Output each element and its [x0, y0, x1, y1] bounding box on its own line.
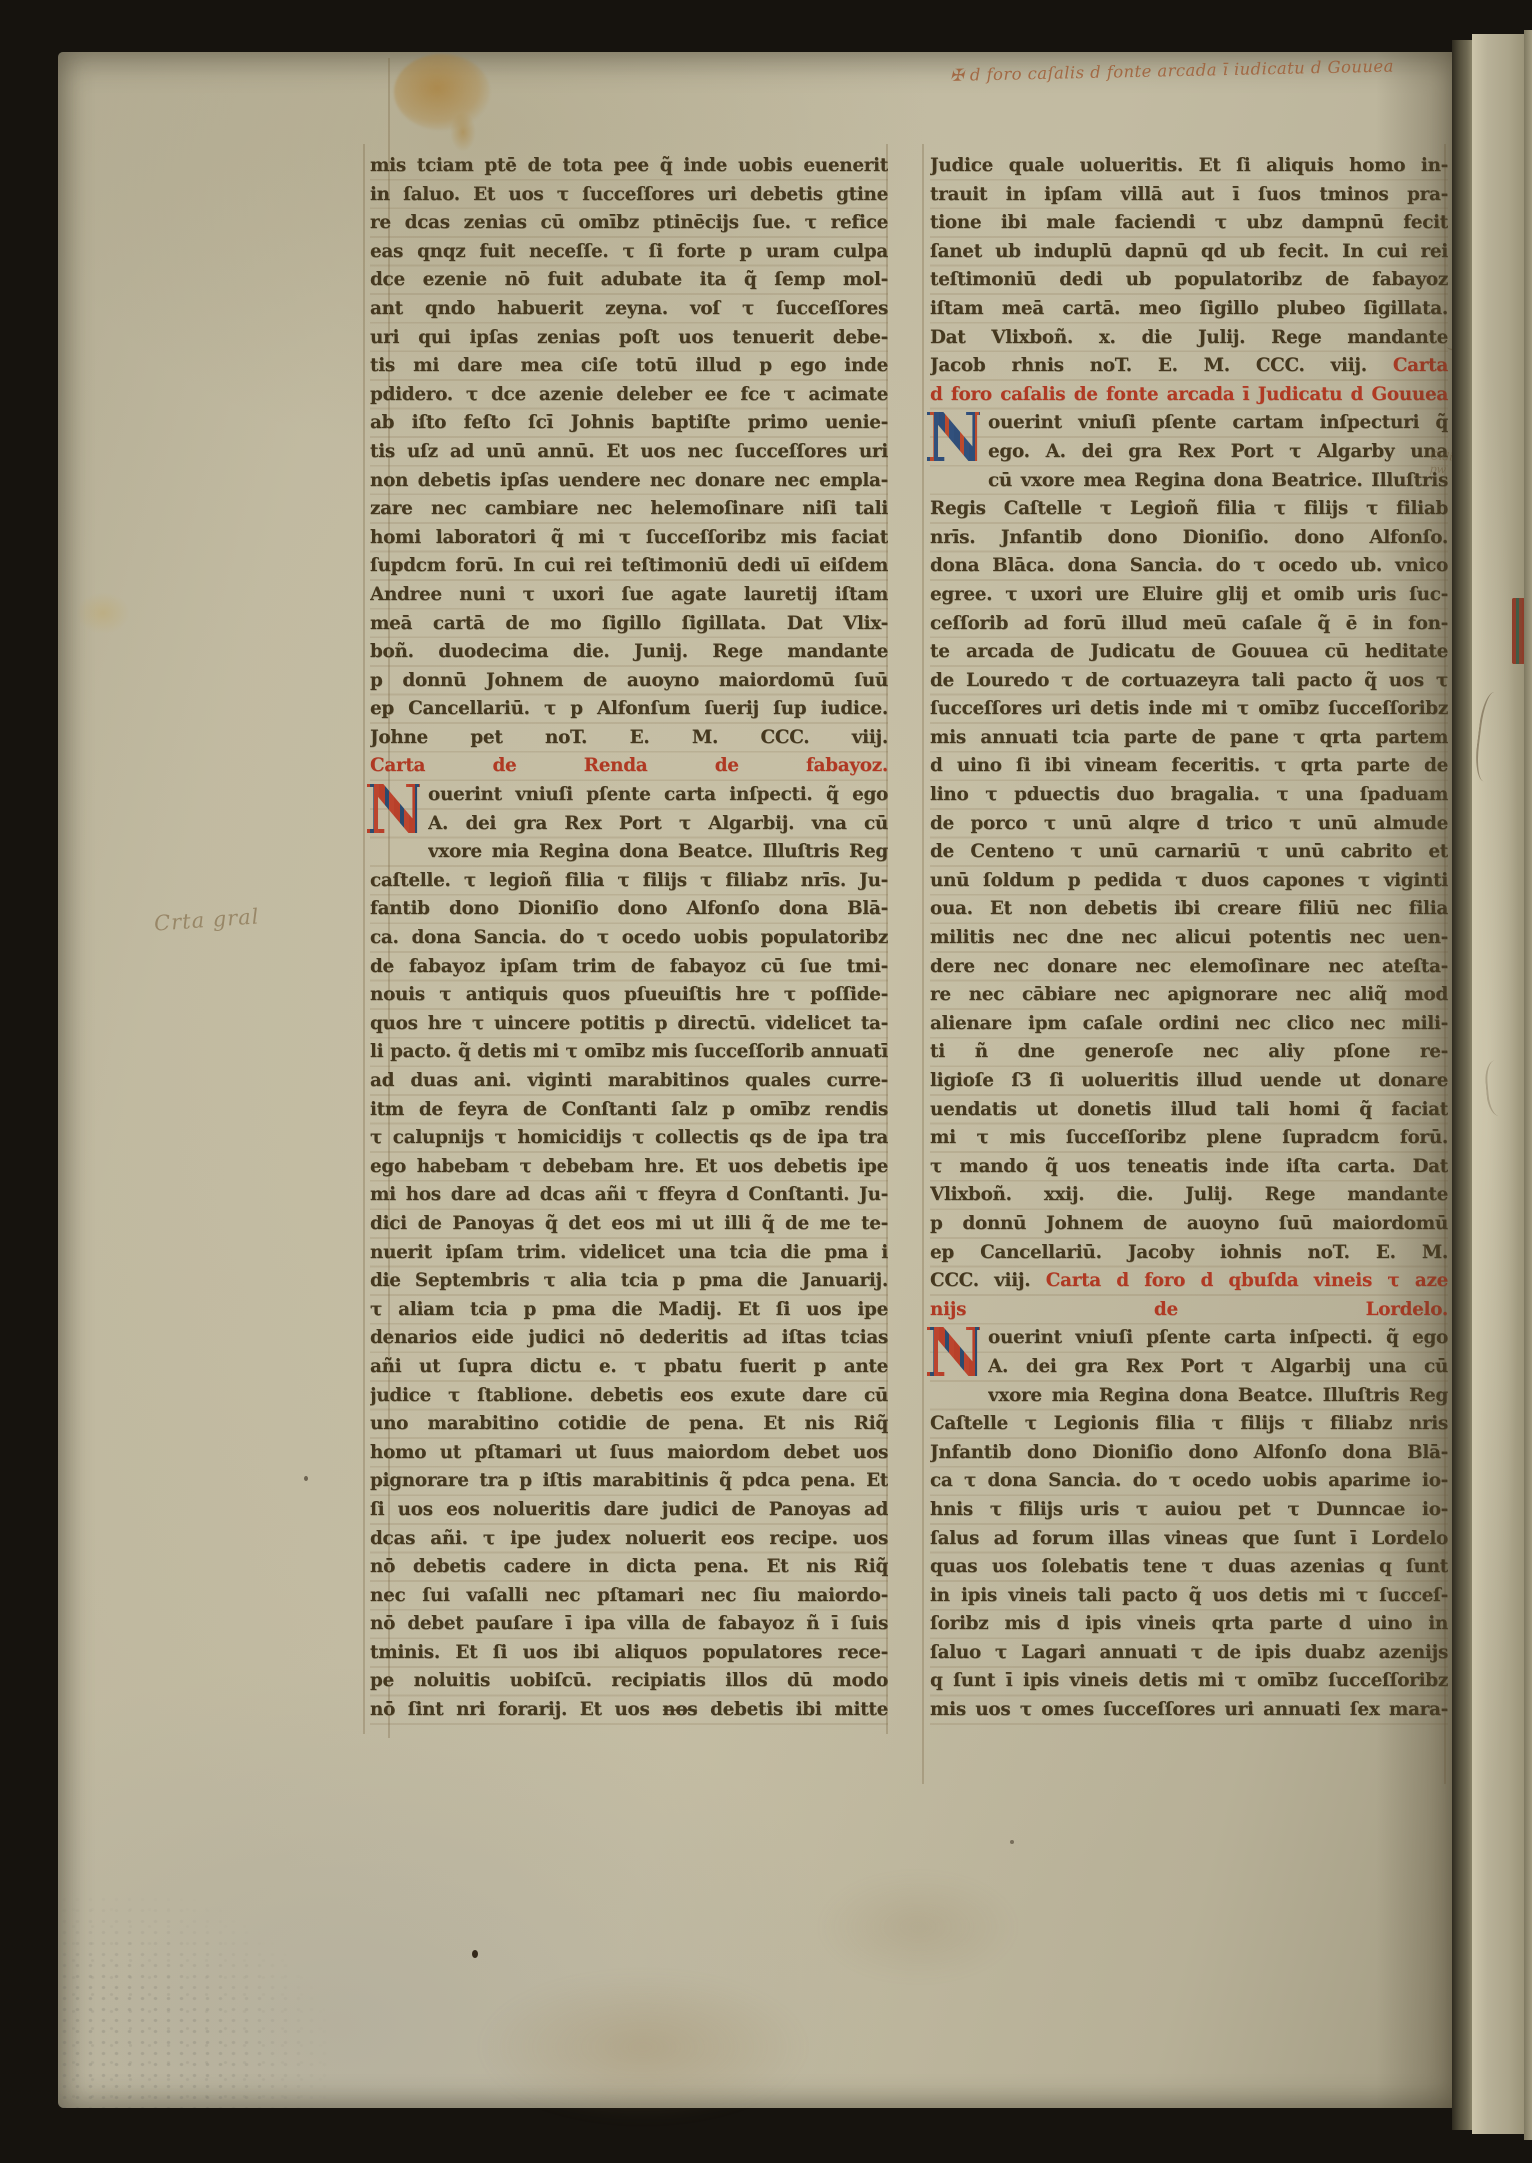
manuscript-line: A. dei gra Rex Port τ Algarbij. vna cū [428, 810, 888, 839]
body-text: li pacto. q̃ detis mi τ omībz mis ſucceſ… [370, 1041, 888, 1062]
amber-stain [394, 54, 490, 130]
body-text: mis tciam ptē de tota pee q̃ inde uobis … [370, 155, 888, 176]
body-text: dere nec donare nec elemoſinare nec ateſ… [930, 956, 1448, 977]
manuscript-line: oua. Et non debetis ibi creare filiū nec… [930, 895, 1448, 924]
manuscript-line: re dcas zenias cū omībz ptinēcijs ſue. τ… [370, 209, 888, 238]
body-text: ſoribz mis d ipis vineis qrta parte d ui… [930, 1613, 1448, 1634]
body-text: oua. Et non debetis ibi creare filiū nec… [930, 898, 1448, 919]
rubric-text: nijs de Lordelo. [930, 1299, 1448, 1320]
body-text: quas uos ſolebatis tene τ duas azenias q… [930, 1556, 1448, 1577]
body-text: dici de Panoyas q̃ det eos mi ut illi q̃… [370, 1213, 888, 1234]
manuscript-line: trauit in ipſam villā aut ī ſuos tminos … [930, 181, 1448, 210]
body-text: denarios eide judici nō dederitis ad iſt… [370, 1327, 888, 1348]
manuscript-line: quas uos ſolebatis tene τ duas azenias q… [930, 1553, 1448, 1582]
manuscript-line: lino τ pduectis duo bragalia. τ una ſpad… [930, 781, 1448, 810]
yellow-stain [76, 592, 130, 634]
manuscript-line: hnis τ filijs uris τ auiou pet τ Dunncae… [930, 1496, 1448, 1525]
body-text: quos hre τ uincere potitis p directū. vi… [370, 1013, 888, 1034]
manuscript-line: denarios eide judici nō dederitis ad iſt… [370, 1324, 888, 1353]
manuscript-line: itm de feyra de Conſtanti ſalz p omībz r… [370, 1096, 888, 1125]
body-text: CCC. viij. [930, 1270, 1046, 1291]
manuscript-line: nrīs. Jnfantib dono Dioniſio. dono Alfon… [930, 524, 1448, 553]
body-text: pdidero. τ dce azenie deleber ee fce τ a… [370, 384, 888, 405]
manuscript-line: d uino ſi ibi vineam feceritis. τ qrta p… [930, 752, 1448, 781]
manuscript-line: quos hre τ uincere potitis p directū. vi… [370, 1010, 888, 1039]
page-curve-shadow [1376, 52, 1454, 2108]
body-text: die Septembris τ alia tcia p pma die Jan… [370, 1270, 888, 1291]
manuscript-line: τ calupnijs τ homicidijs τ collectis qs … [370, 1124, 888, 1153]
body-text: τ mando q̃ uos teneatis inde iſta carta.… [930, 1156, 1448, 1177]
body-text: Judice quale uolueritis. Et ſi aliquis h… [930, 155, 1448, 176]
manuscript-photo: { "manuscript": { "top_annotation": "✠ d… [0, 0, 1532, 2163]
manuscript-line: tis mi dare mea ciſe totū illud p ego in… [370, 352, 888, 381]
manuscript-line: dcas añi. τ ipe judex noluerit eos recip… [370, 1525, 888, 1554]
body-text: ſupdcm forū. In cui rei teſtimoniū dedi … [370, 555, 888, 576]
body-text: nō ſint nri forarij. Et uos n̶o̶s̶ debet… [370, 1699, 888, 1720]
body-text: eas qnqz fuit neceſſe. τ ſi forte p uram… [370, 241, 888, 262]
ink-speck [1010, 1840, 1014, 1844]
body-text: ab iſto feſto ſcī Johnis baptiſte primo … [370, 412, 888, 433]
manuscript-line: τ mando q̃ uos teneatis inde iſta carta.… [930, 1153, 1448, 1182]
ruling-line-vertical [363, 144, 365, 1734]
manuscript-line: mi τ mis ſucceſſoribz plene ſupradcm for… [930, 1124, 1448, 1153]
body-text: uri qui ipſas zenias poſt uos tenuerit d… [370, 327, 888, 348]
manuscript-line: dere nec donare nec elemoſinare nec ateſ… [930, 953, 1448, 982]
manuscript-line: meā cartā de mo ſigillo ſigillata. Dat V… [370, 610, 888, 639]
manuscript-line: ſaluo τ Lagari annuati τ de ipis duabz a… [930, 1639, 1448, 1668]
manuscript-line: unū ſoldum p pedida τ duos capones τ vig… [930, 867, 1448, 896]
body-text: vxore mia Regina dona Beatce. Illuſtris … [428, 841, 888, 862]
body-text: ſucceſſores uri detis inde mi τ omībz ſu… [930, 698, 1448, 719]
manuscript-line: ep Cancellariū. Jacoby iohnis noT. E. M. [930, 1239, 1448, 1268]
manuscript-line: Johne pet noT. E. M. CCC. viij. [370, 724, 888, 753]
manuscript-line: homi laboratori q̃ mi τ ſucceſſoribz mis… [370, 524, 888, 553]
body-text: nec ſui vaſalli nec pſtamari nec ſiu mai… [370, 1585, 888, 1606]
body-text: boñ. duodecima die. Junij. Rege mandante [370, 641, 888, 662]
manuscript-line: ep Cancellariū. τ p Alfonſum ſuerij ſup … [370, 695, 888, 724]
manuscript-line: ouerint vniuſi pſente carta inſpecti. q̃… [428, 781, 888, 810]
manuscript-line: li pacto. q̃ detis mi τ omībz mis ſucceſ… [370, 1038, 888, 1067]
manuscript-line: nijs de Lordelo. [930, 1296, 1448, 1325]
body-text: de fabayoz ipſam trim de fabayoz cū ſue … [370, 956, 888, 977]
body-text: zare nec cambiare nec helemoſinare niſi … [370, 498, 888, 519]
manuscript-line: de Louredo τ de cortuazeyra tali pacto q… [930, 667, 1448, 696]
manuscript-line: dce ezenie nō fuit adubate ita q̃ ſemp m… [370, 266, 888, 295]
manuscript-line: tione ibi male faciendi τ ubz dampnū fec… [930, 209, 1448, 238]
body-text: ad duas ani. viginti marabitinos quales … [370, 1070, 888, 1091]
manuscript-line: eas qnqz fuit neceſſe. τ ſi forte p uram… [370, 238, 888, 267]
charter-segment: Judice quale uolueritis. Et ſi aliquis h… [930, 152, 1448, 409]
body-text: ſi uos eos nolueritis dare judici de Pan… [370, 1499, 888, 1520]
body-text: p donnū Johnem de auoyno ſuū maiordomū [930, 1213, 1448, 1234]
manuscript-line: CCC. viij. Carta d foro d qbuſda vineis … [930, 1267, 1448, 1296]
body-text: fantib dono Dioniſio dono Alfonſo dona B… [370, 898, 888, 919]
body-text: ca. dona Sancia. do τ ocedo uobis popula… [370, 927, 888, 948]
manuscript-line: dici de Panoyas q̃ det eos mi ut illi q̃… [370, 1210, 888, 1239]
text-column-right: Judice quale uolueritis. Et ſi aliquis h… [930, 152, 1448, 1725]
next-folio-edge-2 [1524, 30, 1532, 2140]
body-text: militis nec dne nec alicui potentis nec … [930, 927, 1448, 948]
manuscript-line: militis nec dne nec alicui potentis nec … [930, 924, 1448, 953]
body-text: homo ut pſtamari ut ſuus maiordom debet … [370, 1442, 888, 1463]
manuscript-line: Regis Caſtelle τ Legioñ filia τ filijs τ… [930, 495, 1448, 524]
body-text: mis uos τ omes ſucceſſores uri annuati ſ… [930, 1699, 1448, 1720]
body-text: meā cartā de mo ſigillo ſigillata. Dat V… [370, 613, 888, 634]
manuscript-line: te arcada de Judicatu de Gouuea cū hedit… [930, 638, 1448, 667]
manuscript-line: non debetis ipſas uendere nec donare nec… [370, 467, 888, 496]
charter-segment: Nouerint vniuſi pſente carta inſpecti. q… [930, 1324, 1448, 1724]
body-text: de porco τ unū alqre d trico τ unū almud… [930, 813, 1448, 834]
manuscript-line: die Septembris τ alia tcia p pma die Jan… [370, 1267, 888, 1296]
manuscript-line: re nec cābiare nec apignorare nec aliq̃ … [930, 981, 1448, 1010]
bottom-stain-faint [818, 1872, 1018, 1982]
manuscript-line: ſanet ub induplū dapnū qd ub fecit. In c… [930, 238, 1448, 267]
illuminated-initial: N [924, 1327, 980, 1384]
manuscript-line: caſtelle. τ legioñ filia τ filijs τ fili… [370, 867, 888, 896]
body-text: mi hos dare ad dcas añi τ ffeyra d Conſt… [370, 1184, 888, 1205]
vellum-follicle-texture [58, 1894, 328, 2108]
body-text: caſtelle. τ legioñ filia τ filijs τ fili… [370, 870, 888, 891]
manuscript-line: Caſtelle τ Legionis filia τ filijs τ fil… [930, 1410, 1448, 1439]
body-text: ant qndo habuerit zeyna. voſ τ ſucceſſor… [370, 298, 888, 319]
body-text: tis uſz ad unū annū. Et uos nec ſucceſſo… [370, 441, 888, 462]
manuscript-line: ant qndo habuerit zeyna. voſ τ ſucceſſor… [370, 295, 888, 324]
manuscript-line: de fabayoz ipſam trim de fabayoz cū ſue … [370, 953, 888, 982]
parchment-page: ✠ d foro caſalis d fonte arcada ī iudica… [58, 52, 1454, 2108]
charter-segment: Nouerint vniuſi pſente cartam inſpecturi… [930, 409, 1448, 1324]
body-text: tis mi dare mea ciſe totū illud p ego in… [370, 355, 888, 376]
manuscript-line: de Centeno τ unū carnariū τ unū cabrito … [930, 838, 1448, 867]
manuscript-line: ſupdcm forū. In cui rei teſtimoniū dedi … [370, 552, 888, 581]
text-column-left: mis tciam ptē de tota pee q̃ inde uobis … [370, 152, 888, 1725]
body-text: Regis Caſtelle τ Legioñ filia τ filijs τ… [930, 498, 1448, 519]
body-text: tione ibi male faciendi τ ubz dampnū fec… [930, 212, 1448, 233]
body-text: nō debetis cadere in dicta pena. Et nis … [370, 1556, 888, 1577]
body-text: non debetis ipſas uendere nec donare nec… [370, 470, 888, 491]
body-text: Jnfantib dono Dioniſio dono Alfonſo dona… [930, 1442, 1448, 1463]
body-text: pignorare tra p iſtis marabitinis q̃ pdc… [370, 1470, 888, 1491]
manuscript-line: in ſaluo. Et uos τ ſucceſſores uri debet… [370, 181, 888, 210]
gutter-crease [1452, 40, 1472, 2130]
manuscript-line: ſi uos eos nolueritis dare judici de Pan… [370, 1496, 888, 1525]
manuscript-line: ceſſorib ad forū illud meū caſale q̃ ē i… [930, 610, 1448, 639]
body-text: de Louredo τ de cortuazeyra tali pacto q… [930, 670, 1448, 691]
body-text: nouis τ antiquis quos pſueuiſtis hre τ p… [370, 984, 888, 1005]
manuscript-line: uendatis ut donetis illud tali homi q̃ f… [930, 1096, 1448, 1125]
ruling-line-vertical [922, 144, 924, 1784]
manuscript-line: Carta de Renda de fabayoz. [370, 752, 888, 781]
body-text: q ſunt ī ipis vineis detis mi τ omībz ſu… [930, 1670, 1448, 1691]
body-text: dona Blāca. dona Sancia. do τ ocedo ub. … [930, 555, 1448, 576]
body-text: iſtam meā cartā. meo ſigillo plubeo ſigi… [930, 298, 1448, 319]
body-text: re nec cābiare nec apignorare nec aliq̃ … [930, 984, 1448, 1005]
manuscript-line: ca. dona Sancia. do τ ocedo uobis popula… [370, 924, 888, 953]
manuscript-line: pe noluitis uobiſcū. recipiatis illos dū… [370, 1667, 888, 1696]
manuscript-line: añi ut ſupra dictu e. τ pbatu fuerit p a… [370, 1353, 888, 1382]
body-text: Jacob rhnis noT. E. M. CCC. viij. [930, 355, 1393, 376]
manuscript-line: ab iſto feſto ſcī Johnis baptiſte primo … [370, 409, 888, 438]
manuscript-line: ſucceſſores uri detis inde mi τ omībz ſu… [930, 695, 1448, 724]
body-text: Dat Vlixboñ. x. die Julij. Rege mandante [930, 327, 1448, 348]
charter-segment: Nouerint vniuſi pſente carta inſpecti. q… [370, 781, 888, 1725]
amber-stain-drip [450, 112, 476, 152]
manuscript-line: alienare ipm caſale ordini nec clico nec… [930, 1010, 1448, 1039]
left-margin-note: Crta gral [153, 904, 260, 935]
manuscript-line: uno marabitino cotidie de pena. Et nis R… [370, 1410, 888, 1439]
manuscript-line: p donnū Johnem de auoyno maiordomū ſuū [370, 667, 888, 696]
illuminated-initial: N [364, 784, 420, 841]
body-text: ep Cancellariū. τ p Alfonſum ſuerij ſup … [370, 698, 888, 719]
body-text: in ſaluo. Et uos τ ſucceſſores uri debet… [370, 184, 888, 205]
manuscript-line: mi hos dare ad dcas añi τ ffeyra d Conſt… [370, 1181, 888, 1210]
body-text: teſtimoniū dedi ub populatoribz de fabay… [930, 269, 1448, 290]
body-text: d uino ſi ibi vineam feceritis. τ qrta p… [930, 755, 1448, 776]
ink-speck [472, 1950, 478, 1958]
body-text: ep Cancellariū. Jacoby iohnis noT. E. M. [930, 1242, 1448, 1263]
manuscript-line: Jacob rhnis noT. E. M. CCC. viij. Carta [930, 352, 1448, 381]
manuscript-line: ego habebam τ debebam hre. Et uos debeti… [370, 1153, 888, 1182]
manuscript-line: homo ut pſtamari ut ſuus maiordom debet … [370, 1439, 888, 1468]
manuscript-line: Andree nuni τ uxori ſue agate lauretij i… [370, 581, 888, 610]
manuscript-line: nouis τ antiquis quos pſueuiſtis hre τ p… [370, 981, 888, 1010]
charter-segment: mis tciam ptē de tota pee q̃ inde uobis … [370, 152, 888, 781]
body-text: re dcas zenias cū omībz ptinēcijs ſue. τ… [370, 212, 888, 233]
body-text: τ aliam tcia p pma die Madij. Et ſi uos … [370, 1299, 888, 1320]
body-text: de Centeno τ unū carnariū τ unū cabrito … [930, 841, 1448, 862]
manuscript-line: uri qui ipſas zenias poſt uos tenuerit d… [370, 324, 888, 353]
body-text: unū ſoldum p pedida τ duos capones τ vig… [930, 870, 1448, 891]
body-text: itm de feyra de Conſtanti ſalz p omībz r… [370, 1099, 888, 1120]
manuscript-line: Dat Vlixboñ. x. die Julij. Rege mandante [930, 324, 1448, 353]
manuscript-line: fantib dono Dioniſio dono Alfonſo dona B… [370, 895, 888, 924]
body-text: dcas añi. τ ipe judex noluerit eos recip… [370, 1528, 888, 1549]
body-text: dce ezenie nō fuit adubate ita q̃ ſemp m… [370, 269, 888, 290]
manuscript-line: vxore mia Regina dona Beatce. Illuſtris … [428, 838, 888, 867]
manuscript-line: judice τ ſtablione. debetis eos exute da… [370, 1382, 888, 1411]
body-text: ego habebam τ debebam hre. Et uos debeti… [370, 1156, 888, 1177]
manuscript-line: Vlixboñ. xxij. die. Julij. Rege mandante [930, 1181, 1448, 1210]
manuscript-line: iſtam meā cartā. meo ſigillo plubeo ſigi… [930, 295, 1448, 324]
manuscript-line: p donnū Johnem de auoyno ſuū maiordomū [930, 1210, 1448, 1239]
manuscript-line: in ipis vineis tali pacto q̃ uos detis m… [930, 1582, 1448, 1611]
body-text: hnis τ filijs uris τ auiou pet τ Dunncae… [930, 1499, 1448, 1520]
manuscript-line: Jnfantib dono Dioniſio dono Alfonſo dona… [930, 1439, 1448, 1468]
manuscript-line: ſalus ad forum illas vineas que ſunt ī L… [930, 1525, 1448, 1554]
body-text: trauit in ipſam villā aut ī ſuos tminos … [930, 184, 1448, 205]
body-text: tminis. Et ſi uos ibi aliquos populatore… [370, 1642, 888, 1663]
manuscript-line: dona Blāca. dona Sancia. do τ ocedo ub. … [930, 552, 1448, 581]
body-text: ligioſe ſ3 ſi uolueritis illud uende ut … [930, 1070, 1448, 1091]
manuscript-line: q ſunt ī ipis vineis detis mi τ omībz ſu… [930, 1667, 1448, 1696]
body-text: homi laboratori q̃ mi τ ſucceſſoribz mis… [370, 527, 888, 548]
manuscript-line: ti ñ dne generoſe nec aliy pſone re- [930, 1038, 1448, 1067]
illuminated-initial: N [924, 412, 980, 469]
manuscript-line: boñ. duodecima die. Junij. Rege mandante [370, 638, 888, 667]
body-text: uno marabitino cotidie de pena. Et nis R… [370, 1413, 888, 1434]
body-text: Andree nuni τ uxori ſue agate lauretij i… [370, 584, 888, 605]
body-text: A. dei gra Rex Port τ Algarbij. vna cū [428, 813, 888, 834]
manuscript-line: d foro caſalis de fonte arcada ī Judicat… [930, 381, 1448, 410]
body-text: Caſtelle τ Legionis filia τ filijs τ fil… [930, 1413, 1448, 1434]
manuscript-line: ligioſe ſ3 ſi uolueritis illud uende ut … [930, 1067, 1448, 1096]
body-text: mi τ mis ſucceſſoribz plene ſupradcm for… [930, 1127, 1448, 1148]
body-text: ceſſorib ad forū illud meū caſale q̃ ē i… [930, 613, 1448, 634]
body-text: pe noluitis uobiſcū. recipiatis illos dū… [370, 1670, 888, 1691]
manuscript-line: nec ſui vaſalli nec pſtamari nec ſiu mai… [370, 1582, 888, 1611]
manuscript-line: Judice quale uolueritis. Et ſi aliquis h… [930, 152, 1448, 181]
rubric-text: d foro caſalis de fonte arcada ī Judicat… [930, 384, 1448, 405]
manuscript-line: pignorare tra p iſtis marabitinis q̃ pdc… [370, 1467, 888, 1496]
rubric-text: Carta de Renda de fabayoz. [370, 755, 888, 776]
body-text: p donnū Johnem de auoyno maiordomū ſuū [370, 670, 888, 691]
manuscript-line: ca τ dona Sancia. do τ ocedo uobis apari… [930, 1467, 1448, 1496]
body-text: ſaluo τ Lagari annuati τ de ipis duabz a… [930, 1642, 1448, 1663]
body-text: nuerit ipſam trim. videlicet una tcia di… [370, 1242, 888, 1263]
body-text: alienare ipm caſale ordini nec clico nec… [930, 1013, 1448, 1034]
manuscript-line: ad duas ani. viginti marabitinos quales … [370, 1067, 888, 1096]
body-text: ti ñ dne generoſe nec aliy pſone re- [930, 1041, 1448, 1062]
manuscript-line: nō debet pauſare ī ipa villa de fabayoz … [370, 1610, 888, 1639]
manuscript-line: mis tciam ptē de tota pee q̃ inde uobis … [370, 152, 888, 181]
manuscript-line: egree. τ uxori ure Eluire glij et omib u… [930, 581, 1448, 610]
body-text: Vlixboñ. xxij. die. Julij. Rege mandante [930, 1184, 1448, 1205]
manuscript-line: pdidero. τ dce azenie deleber ee fce τ a… [370, 381, 888, 410]
body-text: uendatis ut donetis illud tali homi q̃ f… [930, 1099, 1448, 1120]
body-text: te arcada de Judicatu de Gouuea cū hedit… [930, 641, 1448, 662]
manuscript-line: ſoribz mis d ipis vineis qrta parte d ui… [930, 1610, 1448, 1639]
body-text: añi ut ſupra dictu e. τ pbatu fuerit p a… [370, 1356, 888, 1377]
body-text: judice τ ſtablione. debetis eos exute da… [370, 1385, 888, 1406]
body-text: egree. τ uxori ure Eluire glij et omib u… [930, 584, 1448, 605]
body-text: Johne pet noT. E. M. CCC. viij. [370, 727, 888, 748]
manuscript-line: mis uos τ omes ſucceſſores uri annuati ſ… [930, 1696, 1448, 1725]
body-text: ca τ dona Sancia. do τ ocedo uobis apari… [930, 1470, 1448, 1491]
body-text: ſanet ub induplū dapnū qd ub fecit. In c… [930, 241, 1448, 262]
body-text: ſalus ad forum illas vineas que ſunt ī L… [930, 1528, 1448, 1549]
manuscript-line: teſtimoniū dedi ub populatoribz de fabay… [930, 266, 1448, 295]
manuscript-line: tminis. Et ſi uos ibi aliquos populatore… [370, 1639, 888, 1668]
body-text: ouerint vniuſi pſente carta inſpecti. q̃… [428, 784, 888, 805]
body-text: mis annuati tcia parte de pane τ qrta pa… [930, 727, 1448, 748]
manuscript-line: nuerit ipſam trim. videlicet una tcia di… [370, 1239, 888, 1268]
body-text: in ipis vineis tali pacto q̃ uos detis m… [930, 1585, 1448, 1606]
manuscript-line: mis annuati tcia parte de pane τ qrta pa… [930, 724, 1448, 753]
manuscript-line: de porco τ unū alqre d trico τ unū almud… [930, 810, 1448, 839]
manuscript-line: nō debetis cadere in dicta pena. Et nis … [370, 1553, 888, 1582]
ink-speck [304, 1476, 308, 1481]
manuscript-line: nō ſint nri forarij. Et uos n̶o̶s̶ debet… [370, 1696, 888, 1725]
body-text: nrīs. Jnfantib dono Dioniſio. dono Alfon… [930, 527, 1448, 548]
body-text: lino τ pduectis duo bragalia. τ una ſpad… [930, 784, 1448, 805]
bottom-stain [478, 1972, 808, 2122]
manuscript-line: zare nec cambiare nec helemoſinare niſi … [370, 495, 888, 524]
manuscript-line: τ aliam tcia p pma die Madij. Et ſi uos … [370, 1296, 888, 1325]
body-text: τ calupnijs τ homicidijs τ collectis qs … [370, 1127, 888, 1148]
body-text: nō debet pauſare ī ipa villa de fabayoz … [370, 1613, 888, 1634]
manuscript-line: tis uſz ad unū annū. Et uos nec ſucceſſo… [370, 438, 888, 467]
